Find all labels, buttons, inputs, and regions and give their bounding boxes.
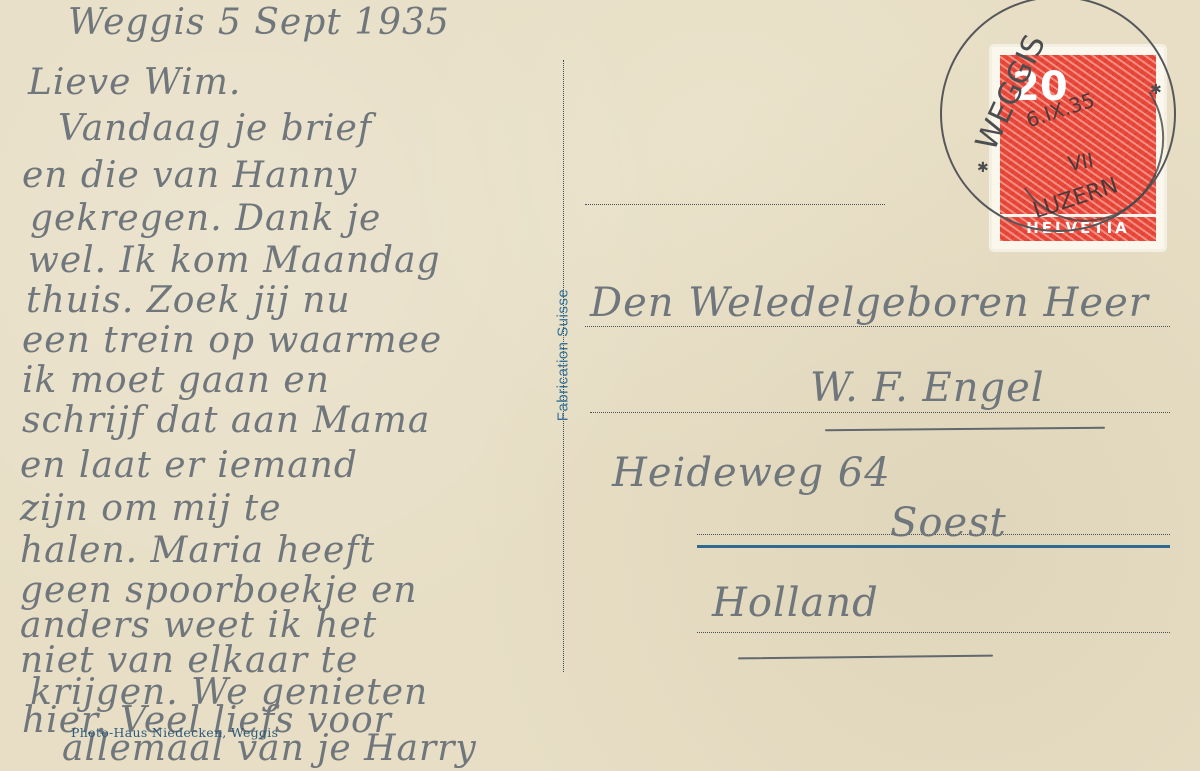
letter-line: Vandaag je brief — [58, 108, 372, 149]
letter-line: een trein op waarmee — [22, 320, 442, 361]
publisher-imprint: Photo-Haus Niedecken, Weggis — [71, 725, 278, 740]
postmark-time: VII — [1066, 150, 1095, 174]
address-dotted-line-1 — [585, 204, 885, 205]
letter-line: wel. Ik kom Maandag — [28, 240, 441, 281]
letter-date-line: Weggis 5 Sept 1935 — [68, 2, 450, 43]
address-dotted-line-3 — [590, 412, 1170, 413]
address-dotted-line-5 — [697, 632, 1170, 633]
address-street: Heideweg 64 — [612, 450, 891, 496]
fabrication-suisse-label: Fabrication Suisse — [555, 289, 572, 421]
postmark-star-icon: ✱ — [1150, 82, 1162, 98]
letter-line: en laat er iemand — [20, 445, 358, 486]
letter-line: zijn om mij te — [20, 488, 282, 529]
address-dotted-line-2 — [585, 326, 1170, 327]
letter-line: halen. Maria heeft — [20, 530, 375, 571]
country-underline — [738, 655, 993, 660]
address-country: Holland — [712, 580, 879, 626]
address-salutation: Den Weledelgeboren Heer — [590, 280, 1149, 326]
letter-line: en die van Hanny — [22, 155, 357, 196]
address-city: Soest — [890, 500, 1007, 546]
postcard-back: Weggis 5 Sept 1935 Lieve Wim. Vandaag je… — [0, 0, 1200, 771]
letter-line: gekregen. Dank je — [30, 198, 381, 239]
name-underline — [825, 427, 1105, 431]
letter-line: ik moet gaan en — [22, 360, 330, 401]
address-name: W. F. Engel — [810, 365, 1045, 411]
letter-line: thuis. Zoek jij nu — [26, 280, 351, 321]
letter-greeting: Lieve Wim. — [28, 62, 241, 103]
postmark-star-icon: ✱ — [977, 160, 989, 176]
letter-line: schrijf dat aan Mama — [22, 400, 430, 441]
